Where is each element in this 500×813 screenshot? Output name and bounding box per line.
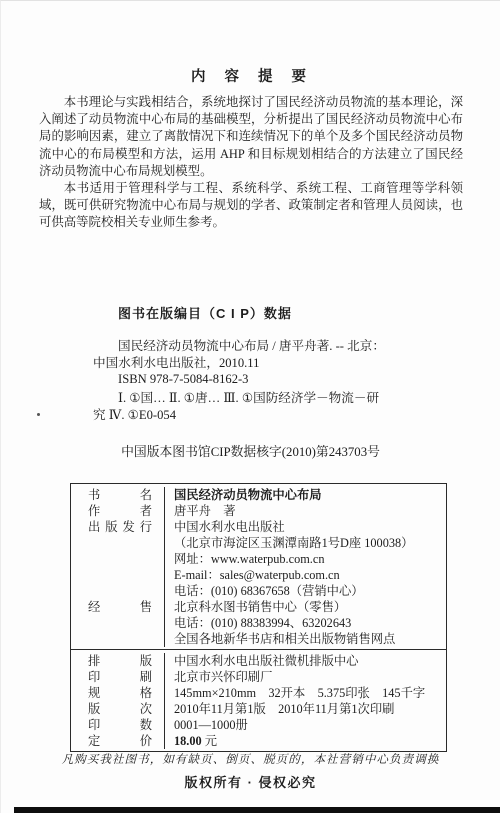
colophon-row: 出版发行中国水利水电出版社 (71, 519, 446, 535)
colophon-value: 145mm×210mm 32开本 5.375印张 145千字 (165, 685, 446, 701)
colophon-row: 排版中国水利水电出版社微机排版中心 (71, 653, 446, 669)
colophon-table: 书名国民经济动员物流中心布局作者唐平舟 著出版发行中国水利水电出版社 （北京市海… (70, 483, 447, 752)
colophon-row: 版次2010年11月第1版 2010年11月第1次印刷 (71, 701, 446, 717)
colophon-row: E-mail：sales@waterpub.com.cn (71, 567, 446, 583)
colophon-label: 书名 (71, 487, 165, 503)
cip-classification: Ⅰ. ①国… Ⅱ. ①唐… Ⅲ. ①国防经济学－物流－研 究 Ⅳ. ①E0-05… (93, 390, 423, 423)
colophon-value: 全国各地新华书店和相关出版物销售网点 (165, 631, 446, 647)
colophon-value: （北京市海淀区玉渊潭南路1号D座 100038） (165, 535, 446, 551)
scan-speck (37, 413, 40, 416)
colophon-value: 网址：www.waterpub.com.cn (165, 551, 446, 567)
cip-class-line: Ⅰ. ①国… Ⅱ. ①唐… Ⅲ. ①国防经济学－物流－研 (93, 390, 423, 407)
colophon-label (71, 535, 165, 551)
summary-paragraph: 本书适用于管理科学与工程、系统科学、系统工程、工商管理等学科领域，既可供研究物流… (39, 180, 463, 232)
colophon-label (71, 631, 165, 647)
colophon-label: 排版 (71, 653, 165, 669)
cip-entry: 国民经济动员物流中心布局 / 唐平舟著. -- 北京： 中国水利水电出版社，20… (93, 338, 423, 388)
colophon-label: 经售 (71, 599, 165, 615)
cip-entry-line: 国民经济动员物流中心布局 / 唐平舟著. -- 北京： (93, 338, 423, 355)
summary-paragraph: 本书理论与实践相结合，系统地探讨了国民经济动员物流的基本理论，深入阐述了动员物流… (39, 94, 463, 180)
bottom-scan-edge (14, 807, 500, 813)
colophon-value: 中国水利水电出版社 (165, 519, 446, 535)
colophon-value: 中国水利水电出版社微机排版中心 (165, 653, 446, 669)
colophon-value: 0001—1000册 (165, 717, 446, 733)
colophon-row: 电话：(010) 68367658（营销中心） (71, 583, 446, 599)
colophon-label (71, 583, 165, 599)
colophon-label: 印数 (71, 717, 165, 733)
exchange-notice: 凡购买我社图书，如有缺页、倒页、脱页的，本社营销中心负责调换 (1, 751, 500, 767)
cip-record-number: 中国版本图书馆CIP数据核字(2010)第243703号 (1, 441, 500, 460)
colophon-label: 出版发行 (71, 519, 165, 535)
colophon-row: 印刷北京市兴怀印刷厂 (71, 669, 446, 685)
colophon-section: 排版中国水利水电出版社微机排版中心印刷北京市兴怀印刷厂规格145mm×210mm… (71, 649, 446, 751)
colophon-value: 2010年11月第1版 2010年11月第1次印刷 (165, 701, 446, 717)
colophon-value: 北京科水图书销售中心（零售） (165, 599, 446, 615)
copyright-notice: 版权所有 · 侵权必究 (1, 772, 500, 791)
colophon-value: 电话：(010) 88383994、63202643 (165, 615, 446, 631)
colophon-row: （北京市海淀区玉渊潭南路1号D座 100038） (71, 535, 446, 551)
colophon-row: 网址：www.waterpub.com.cn (71, 551, 446, 567)
colophon-section: 书名国民经济动员物流中心布局作者唐平舟 著出版发行中国水利水电出版社 （北京市海… (71, 484, 446, 649)
colophon-value: 18.00 元 (165, 733, 446, 749)
cip-class-line: 究 Ⅳ. ①E0-054 (93, 407, 423, 424)
colophon-row: 经售北京科水图书销售中心（零售） (71, 599, 446, 615)
colophon-value: E-mail：sales@waterpub.com.cn (165, 567, 446, 583)
colophon-row: 印数0001—1000册 (71, 717, 446, 733)
colophon-value: 国民经济动员物流中心布局 (165, 487, 446, 503)
colophon-label: 印刷 (71, 669, 165, 685)
isbn-line: ISBN 978-7-5084-8162-3 (93, 371, 423, 388)
colophon-label: 作者 (71, 503, 165, 519)
colophon-label: 版次 (71, 701, 165, 717)
colophon-value: 北京市兴怀印刷厂 (165, 669, 446, 685)
summary-title: 内 容 提 要 (1, 65, 500, 86)
cip-entry-line: 中国水利水电出版社，2010.11 (93, 355, 423, 372)
colophon-row: 书名国民经济动员物流中心布局 (71, 487, 446, 503)
colophon-value: 唐平舟 著 (165, 503, 446, 519)
colophon-row: 作者唐平舟 著 (71, 503, 446, 519)
colophon-label (71, 551, 165, 567)
colophon-label: 规格 (71, 685, 165, 701)
colophon-row: 规格145mm×210mm 32开本 5.375印张 145千字 (71, 685, 446, 701)
colophon-row: 全国各地新华书店和相关出版物销售网点 (71, 631, 446, 647)
colophon-label (71, 615, 165, 631)
content-summary-section: 本书理论与实践相结合，系统地探讨了国民经济动员物流的基本理论，深入阐述了动员物流… (39, 94, 463, 232)
colophon-label: 定价 (71, 733, 165, 749)
colophon-row: 电话：(010) 88383994、63202643 (71, 615, 446, 631)
cip-heading: 图书在版编目（C I P）数据 (118, 303, 292, 322)
colophon-value: 电话：(010) 68367658（营销中心） (165, 583, 446, 599)
colophon-label (71, 567, 165, 583)
copyright-page: 内 容 提 要 本书理论与实践相结合，系统地探讨了国民经济动员物流的基本理论，深… (0, 0, 500, 813)
colophon-row: 定价18.00 元 (71, 733, 446, 749)
